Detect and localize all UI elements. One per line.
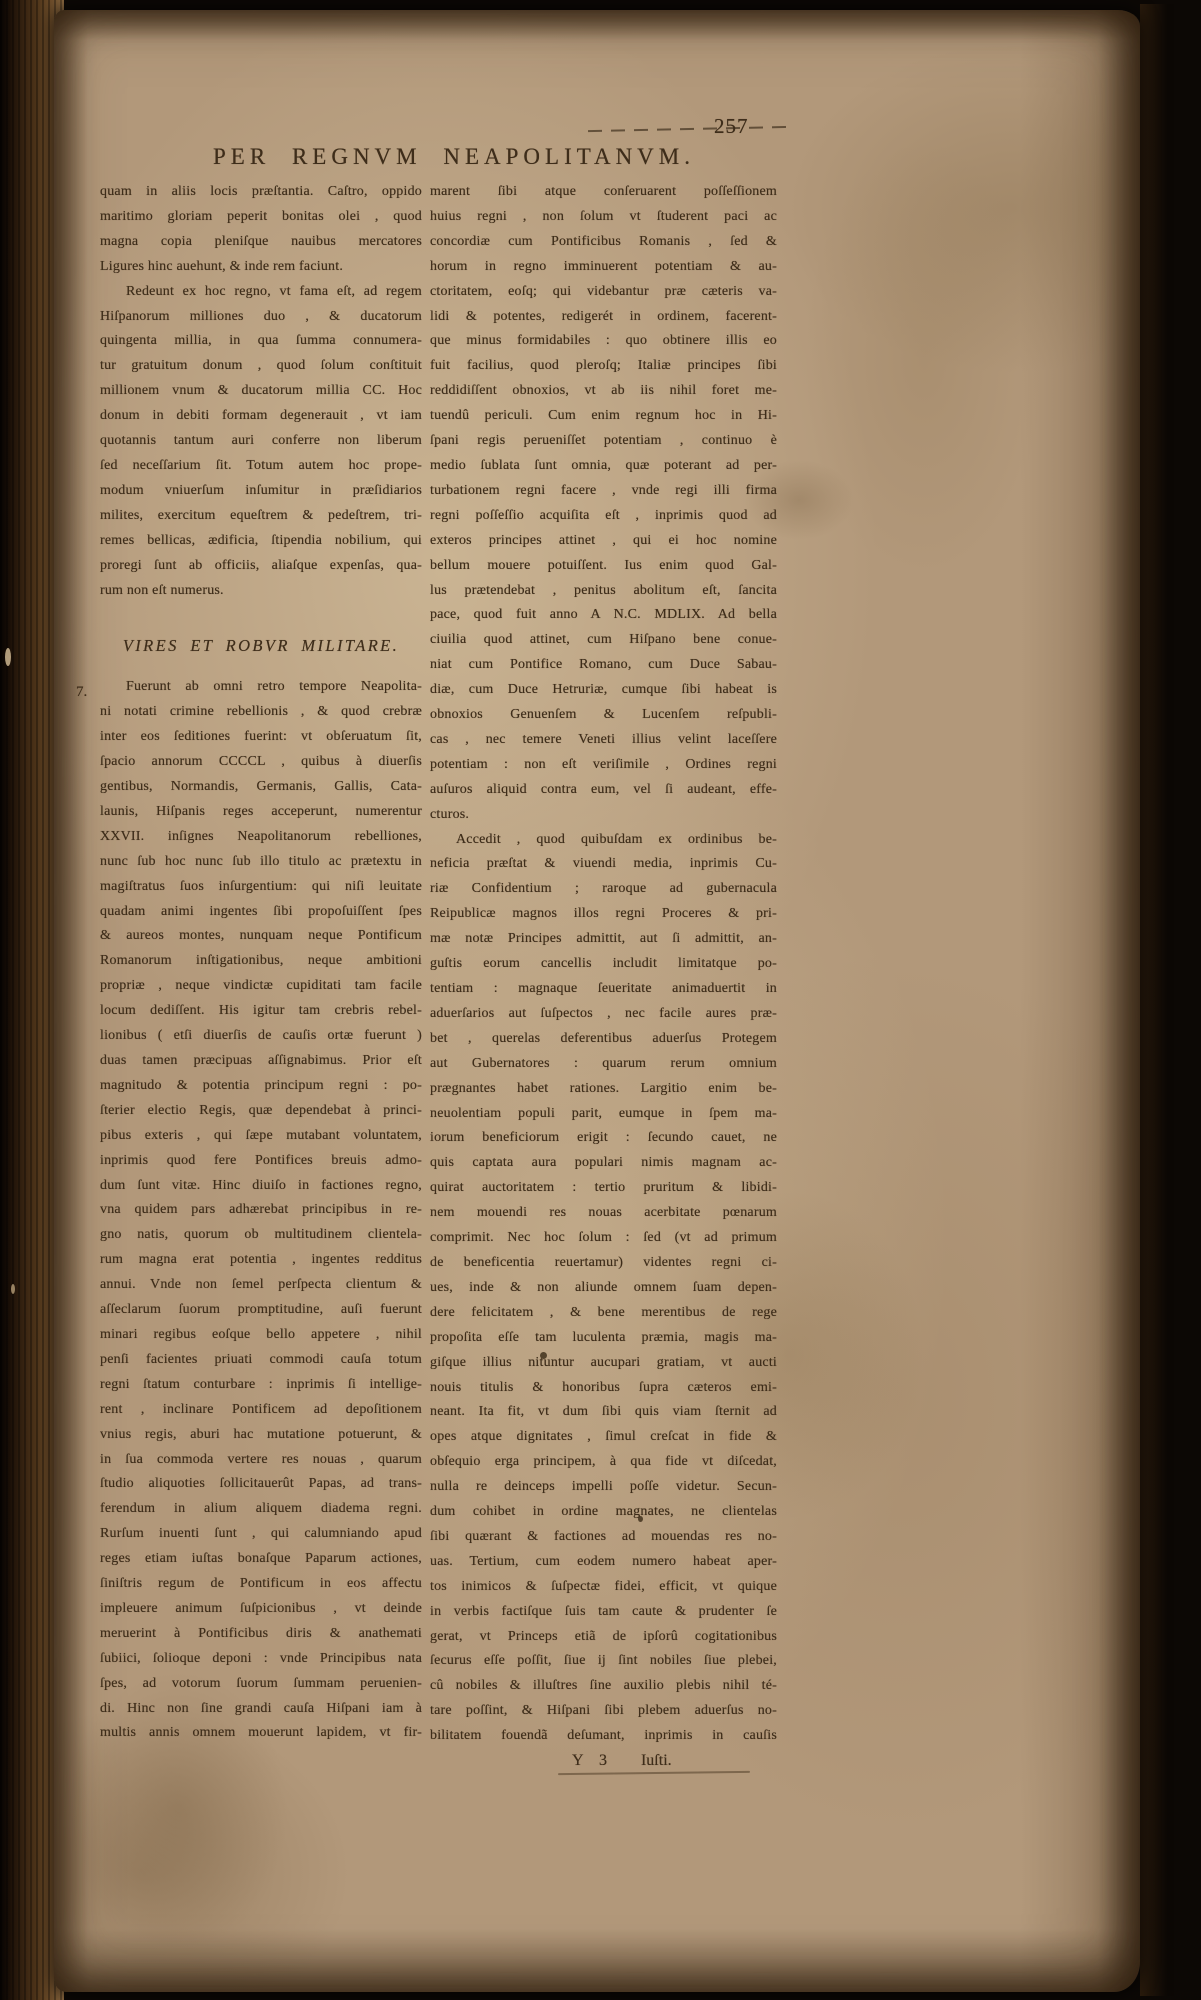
text-line: potentiam : non eſt veriſimile , Ordines…: [430, 753, 777, 778]
text-line: aduerſarios aut ſuſpectos , nec facile a…: [430, 1002, 777, 1027]
text-line: lidi & potentes, redigerét in ordinem, f…: [430, 305, 777, 330]
text-line: inter eos ſeditiones fuerint: vt obſerua…: [100, 725, 422, 750]
text-line: magiſtratus ſuos inſurgentium: qui niſi …: [100, 875, 422, 900]
book-page-scan: PER REGNVM NEAPOLITANVM. 257 7. quam in …: [0, 0, 1201, 2000]
text-line: neant. Ita fit, vt dum ſibi quis viam ſt…: [430, 1400, 777, 1425]
text-line: ſterier electio Regis, quæ dependebat à …: [100, 1099, 422, 1124]
text-line: giſque illius nituntur aucupari gratiam,…: [430, 1351, 777, 1376]
text-line: horum in regno imminuerent potentiam & a…: [430, 255, 777, 280]
text-line: Reipublicæ magnos illos regni Proceres &…: [430, 902, 777, 927]
text-line: ſpes, ad votorum ſuorum ſummam peruenien…: [100, 1672, 422, 1697]
text-line: modum vniuerſum inſumitur in præſidiario…: [100, 479, 422, 504]
text-line: opes atque dignitates , ſimul creſcat in…: [430, 1425, 777, 1450]
text-line: exteros principes attinet , qui ei hoc n…: [430, 529, 777, 554]
text-line: dum cohibet in ordine magnates, ne clien…: [430, 1500, 777, 1525]
text-line: ſubiici, ſolioque deponi : vnde Principi…: [100, 1647, 422, 1672]
text-line: Ligures hinc auehunt, & inde rem faciunt…: [100, 255, 422, 280]
text-line: rum non eſt numerus.: [100, 579, 422, 604]
text-line: uas. Tertium, cum eodem numero habeat ap…: [430, 1550, 777, 1575]
text-line: & aureos montes, nunquam neque Pontificu…: [100, 924, 422, 949]
text-line: rum magna erat potentia , ingentes reddi…: [100, 1248, 422, 1273]
text-line: regni poſſeſſio acquiſita eſt , inprimis…: [430, 504, 777, 529]
text-line: ſecurus eſſe poſſit, ſiue ij ſint nobile…: [430, 1649, 777, 1674]
text-line: niat cum Pontifice Romano, cum Duce Saba…: [430, 653, 777, 678]
text-line: propoſita eſſe tam luculenta præmia, mag…: [430, 1326, 777, 1351]
text-line: in verbis factiſque ſuis tam caute & pru…: [430, 1600, 777, 1625]
text-line: magna copia pleniſque nauibus mercatores: [100, 230, 422, 255]
text-line: gentibus, Normandis, Germanis, Gallis, C…: [100, 775, 422, 800]
page-right-edge-shadow: [1140, 4, 1174, 1996]
text-line: aut Gubernatores : quarum rerum omnium: [430, 1052, 777, 1077]
text-line: ciuilia quod attinet, cum Hiſpano bene c…: [430, 628, 777, 653]
ink-dash-artifact: [588, 126, 790, 132]
text-line: ſiniſtris regum de Pontificum in eos aff…: [100, 1572, 422, 1597]
text-column-left: quam in aliis locis præſtantia. Caſtro, …: [100, 180, 422, 1746]
text-line: rent , inclinare Pontificem ad depoſitio…: [100, 1398, 422, 1423]
text-line: quingenta millia, in qua ſumma connumera…: [100, 329, 422, 354]
text-line: Hiſpanorum milliones duo , & ducatorum: [100, 305, 422, 330]
text-line: bilitatem fouendã deſumant, inprimis in …: [430, 1724, 777, 1749]
text-line: Accedit , quod quibuſdam ex ordinibus be…: [430, 828, 777, 853]
text-line: pibus exteris , qui ſæpe mutabant volunt…: [100, 1124, 422, 1149]
page-footer: Y 3 Iuſti.: [572, 1752, 672, 1770]
section-heading: VIRES ET ROBVR MILITARE.: [100, 633, 422, 659]
scan-fleck: [5, 648, 11, 666]
text-line: ſibi quærant & factiones ad mouendas res…: [430, 1525, 777, 1550]
text-line: gno natis, quorum ob multitudinem client…: [100, 1223, 422, 1248]
text-line: medio ſublata ſunt omnia, quæ poterant a…: [430, 454, 777, 479]
text-line: lus prætendebat , penitus abolitum eſt, …: [430, 579, 777, 604]
page-number: 257: [714, 114, 749, 139]
text-line: ſpacio annorum CCCCL , quibus à diuerſis: [100, 750, 422, 775]
text-line: diæ, cum Duce Hetruriæ, cumque ſibi habe…: [430, 678, 777, 703]
text-line: ues, inde & non aliunde omnem ſuam depen…: [430, 1276, 777, 1301]
text-line: cû nobiles & illuſtres ſine auxilio pleb…: [430, 1674, 777, 1699]
text-line: Rurſum inuenti ſunt , qui calumniando ap…: [100, 1522, 422, 1547]
text-line: obnoxios Genuenſem & Lucenſem reſpubli-: [430, 703, 777, 728]
text-line: inprimis quod fere Pontifices breuis adm…: [100, 1149, 422, 1174]
text-line: di. Hinc non ſine grandi cauſa Hiſpani i…: [100, 1697, 422, 1722]
text-line: ferendum in alium aliquem diadema regni.: [100, 1497, 422, 1522]
text-line: reddidiſſent obnoxios, vt ab iis nihil f…: [430, 379, 777, 404]
text-line: Fuerunt ab omni retro tempore Neapolita-: [100, 675, 422, 700]
text-line: milites, exercitum equeſtrem & pedeſtrem…: [100, 504, 422, 529]
text-line: prægnantes habet rationes. Largitio enim…: [430, 1077, 777, 1102]
text-line: Romanorum inſtigationibus, neque ambitio…: [100, 949, 422, 974]
text-line: impleuere animum ſuſpicionibus , vt dein…: [100, 1597, 422, 1622]
text-line: XXVII. inſignes Neapolitanorum rebellion…: [100, 825, 422, 850]
text-line: nunc ſub hoc nunc ſub illo titulo ac præ…: [100, 850, 422, 875]
running-title: PER REGNVM NEAPOLITANVM.: [134, 144, 774, 170]
scan-fleck: [11, 1284, 15, 1294]
text-line: annui. Vnde non ſemel perſpecta clientum…: [100, 1273, 422, 1298]
text-line: propriæ , neque vindictæ cupiditati tam …: [100, 974, 422, 999]
text-line: comprimit. Nec hoc ſolum : ſed (vt ad pr…: [430, 1226, 777, 1251]
text-line: tos inimicos & ſuſpectæ fidei, efficit, …: [430, 1575, 777, 1600]
text-line: cturos.: [430, 803, 777, 828]
text-column-right: marent ſibi atque conſeruarent poſſeſſio…: [430, 180, 777, 1749]
text-line: bet , querelas deferentibus aduerſus Pro…: [430, 1027, 777, 1052]
text-line: quirat auctoritatem : tertio pruritum & …: [430, 1176, 777, 1201]
text-line: auſuros aliquid contra eum, vel ſi audea…: [430, 778, 777, 803]
text-line: ſed neceſſarium ſit. Totum autem hoc pro…: [100, 454, 422, 479]
text-line: aſſeclarum ſuorum promptitudine, auſi fu…: [100, 1298, 422, 1323]
catchword: Iuſti.: [641, 1752, 672, 1770]
text-line: ctoritatem, eoſq; qui videbantur præ cæt…: [430, 280, 777, 305]
text-line: vnius regis, aburi hac mutatione potueru…: [100, 1423, 422, 1448]
text-line: dum ſunt vitæ. Hinc diuiſo in factiones …: [100, 1174, 422, 1199]
text-line: turbationem regni facere , vnde regi ill…: [430, 479, 777, 504]
text-line: lionibus ( etſi diuerſis de cauſis ortæ …: [100, 1024, 422, 1049]
text-line: proregi ſunt ab officiis, aliaſque expen…: [100, 554, 422, 579]
text-line: regni ſtatum conturbare : inprimis ſi in…: [100, 1373, 422, 1398]
text-line: tare poſſint, & Hiſpani ſibi plebem adue…: [430, 1699, 777, 1724]
text-line: nem mouendi res nouas acerbitate pœnarum: [430, 1201, 777, 1226]
text-line: gerat, vt Princeps etiã de ipſorû cogita…: [430, 1625, 777, 1650]
text-line: minari regibus eoſque bello appetere , n…: [100, 1323, 422, 1348]
text-line: nulla re deinceps impelli poſſe videtur.…: [430, 1475, 777, 1500]
text-line: ſtudio aliquoties ſollicitauerût Papas, …: [100, 1472, 422, 1497]
text-line: neficia præſtat & viuendi media, inprimi…: [430, 852, 777, 877]
text-line: mæ notæ Principes admittit, aut ſi admit…: [430, 927, 777, 952]
text-line: marent ſibi atque conſeruarent poſſeſſio…: [430, 180, 777, 205]
text-line: millionem vnum & ducatorum millia CC. Ho…: [100, 379, 422, 404]
pencil-underline-artifact: [558, 1771, 750, 1775]
text-line: quotannis tantum auri conferre non liber…: [100, 429, 422, 454]
text-line: penſi facientes priuati commodi cauſa to…: [100, 1348, 422, 1373]
text-line: tentiam : magnaque ſeueritate animaduert…: [430, 977, 777, 1002]
text-line: meruerint à Pontificibus diris & anathem…: [100, 1622, 422, 1647]
text-line: tur gratuitum donum , quod ſolum conſtit…: [100, 354, 422, 379]
text-line: launis, Hiſpanis reges acceperunt, numer…: [100, 800, 422, 825]
margin-note: 7.: [76, 684, 87, 701]
signature-mark: Y 3: [572, 1752, 613, 1770]
text-line: duas tamen præcipuas aſſignabimus. Prior…: [100, 1049, 422, 1074]
text-line: fuit facilius, quod pleroſq; Italiæ prin…: [430, 354, 777, 379]
text-line: in ſua commoda vertere res nouas , quaru…: [100, 1448, 422, 1473]
page-paper: PER REGNVM NEAPOLITANVM. 257 7. quam in …: [54, 10, 1140, 1992]
text-line: magnitudo & potentia principum regni : p…: [100, 1074, 422, 1099]
text-line: remes bellicas, ædificia, ſtipendia nobi…: [100, 529, 422, 554]
text-line: que minus formidabiles : quo obtinere il…: [430, 329, 777, 354]
text-line: quis captata aura populari nimis magnam …: [430, 1151, 777, 1176]
text-line: neuolentiam populi parit, eumque in ſpem…: [430, 1102, 777, 1127]
text-line: concordiæ cum Pontificibus Romanis , ſed…: [430, 230, 777, 255]
text-line: ni notati crimine rebellionis , & quod c…: [100, 700, 422, 725]
text-line: quadam animi ingentes ſibi propoſuiſſent…: [100, 900, 422, 925]
text-line: reges etiam iuſtas bonaſque Paparum acti…: [100, 1547, 422, 1572]
text-line: Redeunt ex hoc regno, vt fama eſt, ad re…: [100, 280, 422, 305]
paper-stain: [804, 140, 1044, 580]
text-line: maritimo gloriam peperit bonitas olei , …: [100, 205, 422, 230]
text-line: guſtis eorum cancellis includit limitatq…: [430, 952, 777, 977]
text-line: multis annis omnem mouerunt lapidem, vt …: [100, 1721, 422, 1746]
text-line: iorum beneficiorum erigit : ſecundo caue…: [430, 1126, 777, 1151]
text-line: nouis titulis & honoribus ſupra cæteros …: [430, 1376, 777, 1401]
text-line: bellum mouere potuiſſent. Ius enim quod …: [430, 554, 777, 579]
text-line: riæ Confidentium ; raroque ad gubernacul…: [430, 877, 777, 902]
text-line: locum dediſſent. His igitur tam crebris …: [100, 999, 422, 1024]
text-line: dere felicitatem , & bene merentibus de …: [430, 1301, 777, 1326]
text-line: ſpani regis perueniſſet potentiam , cont…: [430, 429, 777, 454]
text-line: vna quidem pars adhærebat principibus in…: [100, 1198, 422, 1223]
text-line: tuendû periculi. Cum enim regnum hoc in …: [430, 404, 777, 429]
text-line: pace, quod fuit anno A N.C. MDLIX. Ad be…: [430, 603, 777, 628]
text-line: de beneficentia reuertamur) videntes reg…: [430, 1251, 777, 1276]
text-line: quam in aliis locis præſtantia. Caſtro, …: [100, 180, 422, 205]
text-line: donum in debiti formam degenerauit , vt …: [100, 404, 422, 429]
text-line: obſequio erga principem, à qua fide vt d…: [430, 1450, 777, 1475]
text-line: cas , nec temere Veneti illius velint la…: [430, 728, 777, 753]
text-line: huius regni , non ſolum vt ſtuderent pac…: [430, 205, 777, 230]
